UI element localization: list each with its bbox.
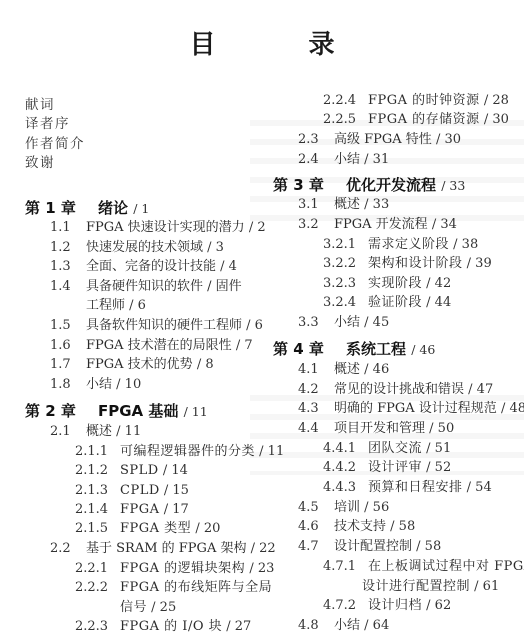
section-title: 项目开发和管理 bbox=[334, 421, 425, 436]
section-title: 具备硬件知识的软件 / 固件 bbox=[86, 279, 242, 294]
page-ref: / 8 bbox=[197, 357, 214, 372]
subsection-title: FPGA 的时钟资源 bbox=[368, 93, 480, 108]
subsection-number: 4.7.2 bbox=[323, 598, 368, 614]
section-number: 1.2 bbox=[50, 240, 86, 256]
section-number: 2.4 bbox=[298, 152, 334, 168]
toc-chapter[interactable]: 第 2 章FPGA 基础 / 11 bbox=[25, 403, 208, 420]
section-number: 4.1 bbox=[298, 362, 334, 378]
toc-subsection[interactable]: 2.1.2SPLD / 14 bbox=[75, 463, 188, 479]
subsection-number: 4.4.2 bbox=[323, 460, 368, 476]
subsection-number: 2.1.3 bbox=[75, 483, 120, 499]
section-title: 基于 SRAM 的 FPGA 架构 bbox=[86, 541, 246, 556]
subsection-number: 3.2.1 bbox=[323, 237, 368, 253]
toc-subsection[interactable]: 3.2.1需求定义阶段 / 38 bbox=[323, 237, 478, 253]
section-number: 2.3 bbox=[298, 132, 334, 148]
page-ref: / 30 bbox=[436, 132, 461, 147]
toc-section[interactable]: 4.8小结 / 64 bbox=[298, 618, 389, 634]
toc-subsection[interactable]: 4.7.2设计归档 / 62 bbox=[323, 598, 451, 614]
subsection-number: 2.2.4 bbox=[323, 93, 368, 109]
page-ref: / 51 bbox=[426, 441, 451, 456]
section-title: 明确的 FPGA 设计过程规范 bbox=[334, 401, 497, 416]
section-number: 1.4 bbox=[50, 279, 86, 295]
subsection-title: FPGA 的布线矩阵与全局 bbox=[120, 580, 272, 595]
page-ref: / 33 bbox=[364, 197, 389, 212]
subsection-number: 2.2.1 bbox=[75, 561, 120, 577]
toc-chapter[interactable]: 第 4 章系统工程 / 46 bbox=[273, 341, 435, 358]
section-number: 4.3 bbox=[298, 401, 334, 417]
front-item-acknowledgements: 致谢 bbox=[25, 155, 55, 171]
page-ref: / 6 bbox=[246, 318, 263, 333]
section-title: 概述 bbox=[334, 362, 360, 377]
toc-section[interactable]: 4.4项目开发和管理 / 50 bbox=[298, 421, 454, 437]
page-ref: / 3 bbox=[207, 240, 224, 255]
subsection-number: 3.2.4 bbox=[323, 295, 368, 311]
page-ref: / 48 bbox=[501, 401, 524, 416]
page-ref: / 23 bbox=[249, 561, 274, 576]
section-title: FPGA 开发流程 bbox=[334, 217, 428, 232]
toc-section[interactable]: 4.3明确的 FPGA 设计过程规范 / 48 bbox=[298, 401, 524, 417]
page-ref: / 38 bbox=[453, 237, 478, 252]
section-number: 4.8 bbox=[298, 618, 334, 634]
subsection-title: 验证阶段 bbox=[368, 295, 422, 310]
subsection-title: 预算和日程安排 bbox=[368, 480, 463, 495]
subsection-number: 2.2.2 bbox=[75, 580, 120, 596]
page-ref: / 1 bbox=[133, 201, 149, 216]
toc-section[interactable]: 1.8小结 / 10 bbox=[50, 377, 141, 393]
page-ref: / 6 bbox=[129, 298, 146, 313]
subsection-number: 2.2.5 bbox=[323, 112, 368, 128]
page-ref: / 54 bbox=[467, 480, 492, 495]
toc-subsection[interactable]: 2.1.1可编程逻辑器件的分类 / 11 bbox=[75, 444, 284, 460]
page-ref: / 50 bbox=[429, 421, 454, 436]
chapter-title: FPGA 基础 bbox=[98, 402, 178, 420]
section-number: 1.3 bbox=[50, 259, 86, 275]
page-ref: / 45 bbox=[364, 315, 389, 330]
subsection-number: 4.4.3 bbox=[323, 480, 368, 496]
page-ref: / 2 bbox=[249, 220, 266, 235]
toc-subsection[interactable]: 2.1.5FPGA 类型 / 20 bbox=[75, 521, 220, 537]
page-ref: / 28 bbox=[484, 93, 509, 108]
page-ref: / 15 bbox=[164, 483, 189, 498]
toc-section[interactable]: 4.1概述 / 46 bbox=[298, 362, 389, 378]
section-title: 具备软件知识的硬件工程师 bbox=[86, 318, 242, 333]
subsection-title: 实现阶段 bbox=[368, 276, 422, 291]
toc-subsection[interactable]: 4.4.3预算和日程安排 / 54 bbox=[323, 480, 492, 496]
section-title: 高级 FPGA 特性 bbox=[334, 132, 432, 147]
subsection-number: 2.2.3 bbox=[75, 619, 120, 635]
section-title: 概述 bbox=[334, 197, 360, 212]
subsection-number: 2.1.2 bbox=[75, 463, 120, 479]
chapter-title: 系统工程 bbox=[346, 340, 406, 358]
page-ref: / 39 bbox=[467, 256, 492, 271]
toc-subsection[interactable]: 4.4.2设计评审 / 52 bbox=[323, 460, 451, 476]
page-ref: / 64 bbox=[364, 618, 389, 633]
section-number: 4.7 bbox=[298, 539, 334, 555]
subsection-title: 团队交流 bbox=[368, 441, 422, 456]
section-number: 3.2 bbox=[298, 217, 334, 233]
toc-section[interactable]: 1.2快速发展的技术领域 / 3 bbox=[50, 240, 224, 256]
subsection-title: SPLD bbox=[120, 463, 159, 478]
section-title: 工程师 bbox=[86, 298, 125, 313]
toc-section[interactable]: 4.5培训 / 56 bbox=[298, 500, 389, 516]
chapter-number: 第 2 章 bbox=[25, 403, 98, 419]
subsection-number: 3.2.3 bbox=[323, 276, 368, 292]
toc-subsection[interactable]: 2.2.5FPGA 的存储资源 / 30 bbox=[323, 112, 509, 128]
section-number: 2.1 bbox=[50, 424, 86, 440]
page-ref: / 11 bbox=[259, 444, 284, 459]
subsection-title: 架构和设计阶段 bbox=[368, 256, 463, 271]
subsection-number: 2.1.4 bbox=[75, 502, 120, 518]
page-title: 目 录 bbox=[0, 24, 524, 61]
toc-section[interactable]: 2.1概述 / 11 bbox=[50, 424, 141, 440]
section-number: 3.1 bbox=[298, 197, 334, 213]
subsection-title: FPGA 类型 bbox=[120, 521, 191, 536]
page-ref: / 11 bbox=[184, 404, 208, 419]
toc-section[interactable]: 1.1FPGA 快速设计实现的潜力 / 2 bbox=[50, 220, 266, 236]
toc-section[interactable]: 2.3高级 FPGA 特性 / 30 bbox=[298, 132, 461, 148]
section-number: 1.1 bbox=[50, 220, 86, 236]
page-ref: / 4 bbox=[220, 259, 237, 274]
section-title: 小结 bbox=[334, 618, 360, 633]
toc-section[interactable]: 3.3小结 / 45 bbox=[298, 315, 389, 331]
subsection-title: CPLD bbox=[120, 483, 160, 498]
subsection-title: FPGA 的存储资源 bbox=[368, 112, 480, 127]
section-title: 全面、完备的设计技能 bbox=[86, 259, 216, 274]
toc-section[interactable]: 1.3全面、完备的设计技能 / 4 bbox=[50, 259, 237, 275]
front-item-translator-preface: 译者序 bbox=[25, 116, 70, 132]
toc-section[interactable]: 3.1概述 / 33 bbox=[298, 197, 389, 213]
page-ref: / 11 bbox=[116, 424, 141, 439]
chapter-number: 第 4 章 bbox=[273, 341, 346, 357]
chapter-title: 优化开发流程 bbox=[346, 176, 436, 194]
toc-chapter[interactable]: 第 1 章绪论 / 1 bbox=[25, 200, 149, 217]
subsection-number: 4.4.1 bbox=[323, 441, 368, 457]
page-ref: / 58 bbox=[390, 519, 415, 534]
subsection-title: 可编程逻辑器件的分类 bbox=[120, 444, 255, 459]
chapter-title: 绪论 bbox=[98, 199, 128, 217]
page-ref: / 44 bbox=[426, 295, 451, 310]
toc-section[interactable]: 2.4小结 / 31 bbox=[298, 152, 389, 168]
toc-subsection[interactable]: 2.1.3CPLD / 15 bbox=[75, 483, 189, 499]
section-number: 1.8 bbox=[50, 377, 86, 393]
subsection-number: 2.1.5 bbox=[75, 521, 120, 537]
page-ref: / 22 bbox=[251, 541, 276, 556]
section-number: 4.6 bbox=[298, 519, 334, 535]
page-ref: / 14 bbox=[163, 463, 188, 478]
toc-subsection-continued: 设计进行配置控制 / 61 bbox=[362, 579, 499, 595]
page-ref: / 47 bbox=[468, 382, 493, 397]
page-ref: / 10 bbox=[116, 377, 141, 392]
toc-section[interactable]: 1.4具备硬件知识的软件 / 固件 bbox=[50, 279, 242, 295]
toc-chapter[interactable]: 第 3 章优化开发流程 / 33 bbox=[273, 177, 465, 194]
page-ref: / 34 bbox=[432, 217, 457, 232]
subsection-title: FPGA bbox=[120, 502, 160, 517]
page-ref: / 31 bbox=[364, 152, 389, 167]
section-number: 4.5 bbox=[298, 500, 334, 516]
section-title: 小结 bbox=[334, 152, 360, 167]
toc-subsection[interactable]: 4.7.1在上板调试过程中对 FPGA bbox=[323, 559, 524, 575]
subsection-number: 4.7.1 bbox=[323, 559, 368, 575]
section-title: FPGA 快速设计实现的潜力 bbox=[86, 220, 245, 235]
toc-subsection[interactable]: 3.2.3实现阶段 / 42 bbox=[323, 276, 451, 292]
page-ref: / 20 bbox=[195, 521, 220, 536]
subsection-number: 2.1.1 bbox=[75, 444, 120, 460]
page-ref: / 58 bbox=[416, 539, 441, 554]
toc-subsection[interactable]: 3.2.4验证阶段 / 44 bbox=[323, 295, 451, 311]
front-item-about-authors: 作者简介 bbox=[25, 136, 85, 152]
page-ref: / 27 bbox=[226, 619, 251, 634]
subsection-number: 3.2.2 bbox=[323, 256, 368, 272]
toc-subsection[interactable]: 2.2.3FPGA 的 I/O 块 / 27 bbox=[75, 619, 251, 635]
page-ref: / 62 bbox=[426, 598, 451, 613]
subsection-title: 设计归档 bbox=[368, 598, 422, 613]
page-ref: / 33 bbox=[441, 178, 465, 193]
section-number: 1.7 bbox=[50, 357, 86, 373]
toc-section[interactable]: 4.7设计配置控制 / 58 bbox=[298, 539, 441, 555]
section-number: 3.3 bbox=[298, 315, 334, 331]
subsection-title: 在上板调试过程中对 FPGA bbox=[368, 559, 524, 574]
toc-section-continued: 工程师 / 6 bbox=[86, 298, 146, 314]
toc-section[interactable]: 4.6技术支持 / 58 bbox=[298, 519, 415, 535]
toc-section[interactable]: 2.2基于 SRAM 的 FPGA 架构 / 22 bbox=[50, 541, 276, 557]
page-ref: / 17 bbox=[164, 502, 189, 517]
chapter-number: 第 1 章 bbox=[25, 200, 98, 216]
section-title: FPGA 技术潜在的局限性 bbox=[86, 338, 232, 353]
section-title: 培训 bbox=[334, 500, 360, 515]
toc-section[interactable]: 4.2常见的设计挑战和错误 / 47 bbox=[298, 382, 493, 398]
toc-section[interactable]: 1.6FPGA 技术潜在的局限性 / 7 bbox=[50, 338, 253, 354]
toc-section[interactable]: 1.7FPGA 技术的优势 / 8 bbox=[50, 357, 214, 373]
section-title: FPGA 技术的优势 bbox=[86, 357, 193, 372]
section-number: 4.4 bbox=[298, 421, 334, 437]
toc-subsection[interactable]: 2.2.4FPGA 的时钟资源 / 28 bbox=[323, 93, 509, 109]
section-title: 概述 bbox=[86, 424, 112, 439]
toc-subsection[interactable]: 4.4.1团队交流 / 51 bbox=[323, 441, 451, 457]
section-number: 4.2 bbox=[298, 382, 334, 398]
page-ref: / 46 bbox=[364, 362, 389, 377]
subsection-title: 设计评审 bbox=[368, 460, 422, 475]
toc-subsection[interactable]: 3.2.2架构和设计阶段 / 39 bbox=[323, 256, 492, 272]
toc-subsection[interactable]: 2.1.4FPGA / 17 bbox=[75, 502, 189, 518]
section-title: 小结 bbox=[86, 377, 112, 392]
front-item-dedication: 献词 bbox=[25, 97, 55, 113]
page-ref: / 25 bbox=[151, 600, 176, 615]
toc-subsection[interactable]: 2.2.1FPGA 的逻辑块架构 / 23 bbox=[75, 561, 274, 577]
page-ref: / 46 bbox=[411, 342, 435, 357]
subsection-title: FPGA 的逻辑块架构 bbox=[120, 561, 245, 576]
section-title: 设计配置控制 bbox=[334, 539, 412, 554]
toc-subsection[interactable]: 2.2.2FPGA 的布线矩阵与全局 bbox=[75, 580, 272, 596]
section-number: 2.2 bbox=[50, 541, 86, 557]
subsection-title: FPGA 的 I/O 块 bbox=[120, 619, 222, 634]
toc-section[interactable]: 3.2FPGA 开发流程 / 34 bbox=[298, 217, 457, 233]
page-ref: / 42 bbox=[426, 276, 451, 291]
subsection-title: 信号 bbox=[120, 600, 147, 615]
toc-subsection-continued: 信号 / 25 bbox=[120, 600, 176, 616]
page-ref: / 30 bbox=[484, 112, 509, 127]
section-title: 小结 bbox=[334, 315, 360, 330]
page-ref: / 7 bbox=[236, 338, 253, 353]
section-title: 常见的设计挑战和错误 bbox=[334, 382, 464, 397]
page-ref: / 56 bbox=[364, 500, 389, 515]
subsection-title: 设计进行配置控制 bbox=[362, 579, 470, 594]
toc-section[interactable]: 1.5具备软件知识的硬件工程师 / 6 bbox=[50, 318, 263, 334]
section-number: 1.5 bbox=[50, 318, 86, 334]
section-title: 技术支持 bbox=[334, 519, 386, 534]
chapter-number: 第 3 章 bbox=[273, 177, 346, 193]
page-ref: / 61 bbox=[474, 579, 499, 594]
page-ref: / 52 bbox=[426, 460, 451, 475]
section-title: 快速发展的技术领域 bbox=[86, 240, 203, 255]
section-number: 1.6 bbox=[50, 338, 86, 354]
subsection-title: 需求定义阶段 bbox=[368, 237, 449, 252]
